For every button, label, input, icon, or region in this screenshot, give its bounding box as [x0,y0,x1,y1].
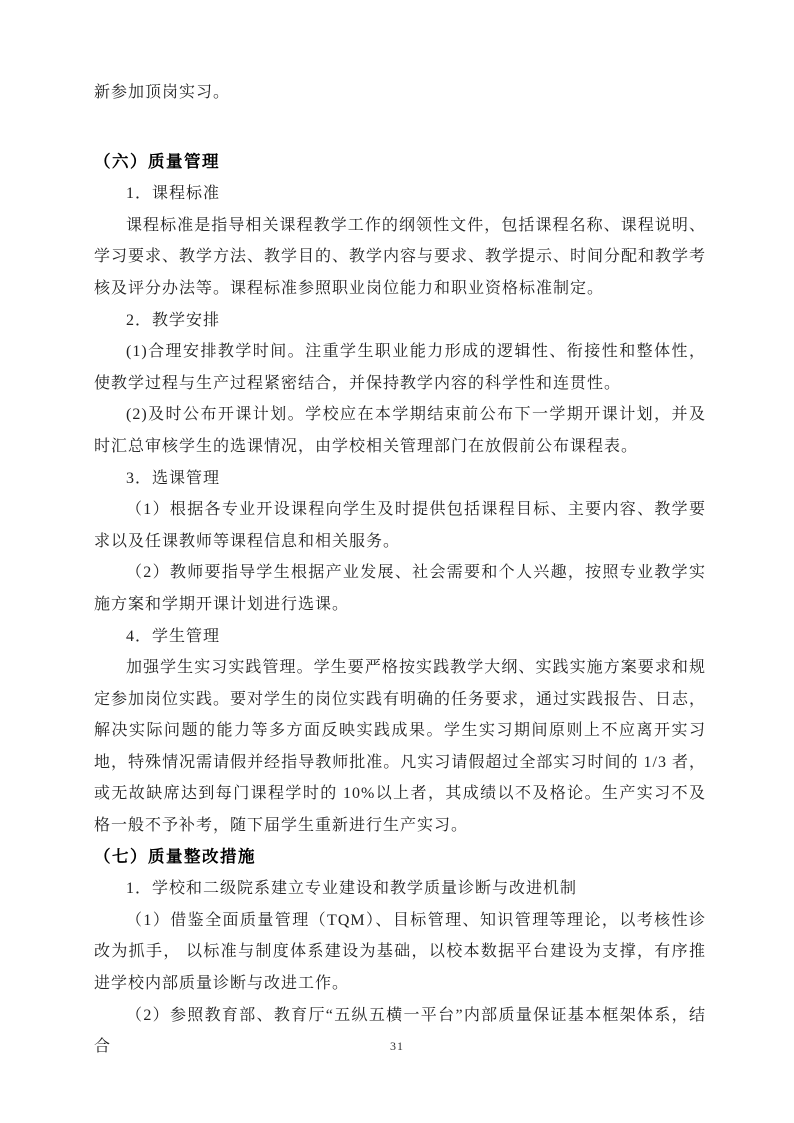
numbered-item: 2．教学安排 [94,305,706,337]
numbered-item: 3．选课管理 [94,463,706,495]
document-page: 新参加顶岗实习。 （六）质量管理1．课程标准课程标准是指导相关课程教学工作的纲领… [0,0,794,1123]
paragraph: （1）根据各专业开设课程向学生及时提供包括课程目标、主要内容、教学要求以及任课教… [94,494,706,557]
numbered-item: 4．学生管理 [94,621,706,653]
numbered-item: 1．学校和二级院系建立专业建设和教学质量诊断与改进机制 [94,873,706,905]
numbered-item: 1．课程标准 [94,178,706,210]
paragraph: (2)及时公布开课计划。学校应在本学期结束前公布下一学期开课计划，并及时汇总审核… [94,399,706,462]
continuation-line: 新参加顶岗实习。 [94,77,706,109]
paragraph: （1）借鉴全面质量管理（TQM）、目标管理、知识管理等理论，以考核性诊改为抓手，… [94,905,706,1000]
paragraph: 课程标准是指导相关课程教学工作的纲领性文件，包括课程名称、课程说明、学习要求、教… [94,210,706,305]
paragraph: (1)合理安排教学时间。注重学生职业能力形成的逻辑性、衔接性和整体性，使教学过程… [94,336,706,399]
document-body: （六）质量管理1．课程标准课程标准是指导相关课程教学工作的纲领性文件，包括课程名… [94,147,706,1063]
section-heading: （七）质量整改措施 [94,842,706,874]
section-heading: （六）质量管理 [94,147,706,179]
page-number: 31 [0,1038,794,1054]
paragraph: 加强学生实习实践管理。学生要严格按实践教学大纲、实践实施方案要求和规定参加岗位实… [94,652,706,842]
paragraph: （2）教师要指导学生根据产业发展、社会需要和个人兴趣，按照专业教学实施方案和学期… [94,557,706,620]
